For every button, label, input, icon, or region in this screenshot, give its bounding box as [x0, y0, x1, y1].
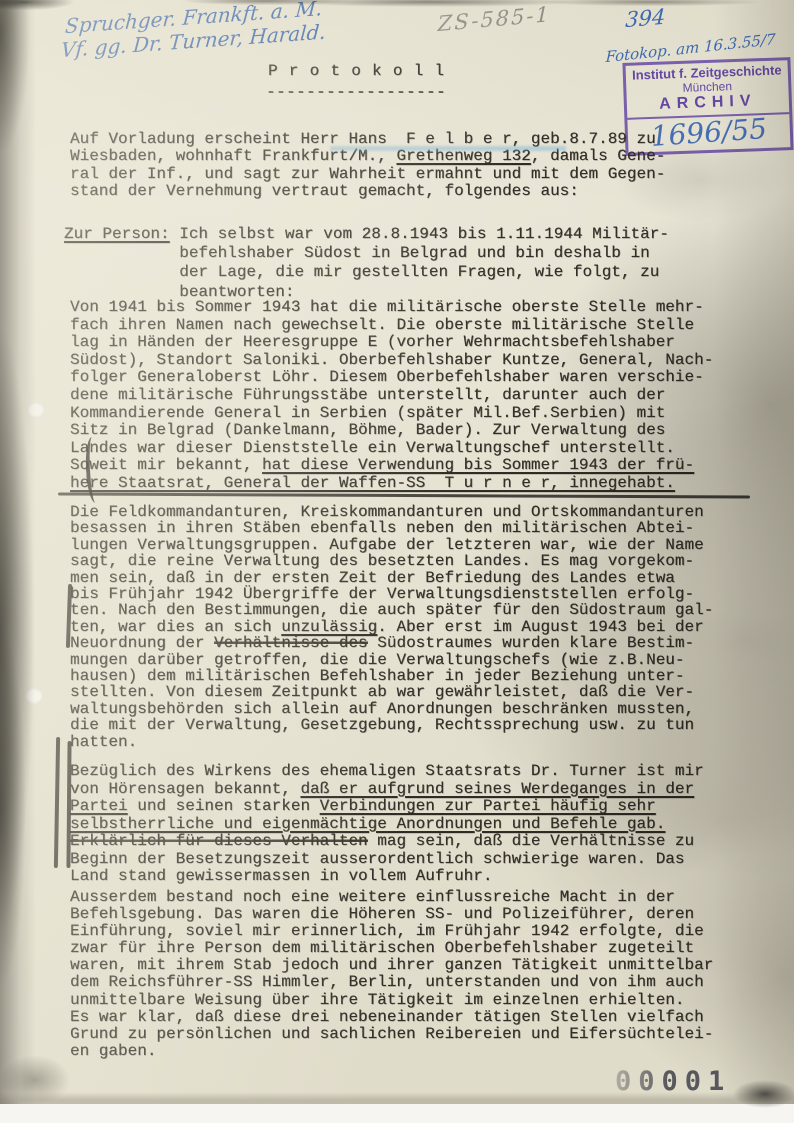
typed-line: Es war klar, daß diese drei nebeneinande… — [70, 1009, 713, 1026]
typed-text: und seinen starken — [128, 797, 320, 815]
typed-line: stellten. Von diesem Zeitpunkt ab war ge… — [70, 684, 713, 700]
typed-line: die mit der Verwaltung, Gesetzgebung, Re… — [70, 717, 713, 733]
typed-line: waltungsbehörden sich allein auf Anordnu… — [70, 701, 713, 717]
typed-line: Beginn der Besetzungszeit ausserordentli… — [70, 851, 704, 869]
typed-text: Südostraumes wurden klare Bestim- — [368, 634, 694, 652]
typed-text: Befehlsgebung. Das waren die Höheren SS-… — [70, 905, 694, 923]
typed-line: men sein, daß in der ersten Zeit der Bef… — [70, 570, 713, 586]
typed-text: ten. Nach den Bestimmungen, die auch spä… — [70, 601, 713, 619]
typed-text: stand der Vernehmung vertraut gemacht, f… — [70, 182, 579, 200]
blue-highlight-smear — [330, 146, 566, 151]
typed-line: Sitz in Belgrad (Dankelmann, Böhme, Bade… — [70, 422, 713, 440]
typed-text: ral der Inf., und sagt zur Wahrheit erma… — [70, 165, 665, 183]
typed-line: dem Reichsführer-SS Himmler, Berlin, unt… — [70, 974, 713, 991]
typed-line: en gaben. — [70, 1043, 713, 1060]
margin-double-line-mark-1 — [54, 737, 60, 868]
typed-text: Es war klar, daß diese drei nebeneinande… — [70, 1008, 704, 1026]
typed-text: besassen in ihren Stäben ebenfalls neben… — [70, 519, 694, 537]
typed-text: befehlshaber Südost in Belgrad und bin d… — [64, 244, 650, 262]
typed-text: die mit der Verwaltung, Gesetzgebung, Re… — [70, 716, 694, 734]
typed-line: Grund zu persönlichen und sachlichen Rei… — [70, 1026, 713, 1043]
typed-line: Partei und seinen starken Verbindungen z… — [70, 798, 704, 816]
typed-text: Kommandierende General in Serbien (späte… — [70, 404, 665, 422]
typed-line: waren, mit ihrem Stab jedoch und ihrer g… — [70, 957, 713, 974]
page-number-stamp: 00001 — [615, 1066, 731, 1097]
title-underline: ------------------ — [266, 83, 446, 101]
underlined-text: hat diese Verwendung bis Sommer 1943 der… — [262, 456, 694, 474]
typed-text: fach ihren Namen nach gewechselt. Die ob… — [70, 316, 694, 334]
typed-line: dene militärische Führungsstäbe unterste… — [70, 387, 713, 405]
typed-text: waltungsbehörden sich allein auf Anordnu… — [70, 700, 694, 718]
typed-line: bis Frühjahr 1942 Übergriffe der Verwalt… — [70, 586, 713, 602]
typed-line: Erklärlich für dieses Verhalten mag sein… — [70, 833, 704, 851]
typed-line: lungen Verwaltungsgruppen. Aufgabe der l… — [70, 537, 713, 553]
typed-line: unmittelbare Weisung über ihre Tätigkeit… — [70, 992, 713, 1009]
typed-paragraph: Zur Person: Ich selbst war vom 28.8.1943… — [64, 225, 669, 302]
typed-line: besassen in ihren Stäben ebenfalls neben… — [70, 520, 713, 536]
underlined-text: Verbindungen zur Partei häufig sehr — [320, 797, 656, 815]
typed-line: ral der Inf., und sagt zur Wahrheit erma… — [70, 166, 665, 183]
typed-text: Von 1941 bis Sommer 1943 hat die militär… — [70, 298, 704, 316]
pencil-file-reference: ZS-585-1 — [438, 2, 551, 36]
typed-line: Einführung, soviel mir erinnerlich, im F… — [70, 923, 713, 940]
typed-text: Bezüglich des Wirkens des ehemaligen Sta… — [70, 762, 704, 780]
typed-paragraph: Von 1941 bis Sommer 1943 hat die militär… — [70, 299, 713, 493]
typed-text: Südost), Standort Saloniki. Oberbefehlsh… — [70, 351, 713, 369]
punch-hole-top — [27, 402, 45, 418]
typed-text: Ich selbst war vom 28.8.1943 bis 1.11.19… — [170, 225, 669, 243]
typed-line: Wiesbaden, wohnhaft Frankfurt/M., Grethe… — [70, 148, 665, 165]
typed-text: Sitz in Belgrad (Dankelmann, Böhme, Bade… — [70, 421, 665, 439]
typed-line: selbstherrliche und eigenmächtige Anordn… — [70, 816, 704, 834]
typed-line: folger Generaloberst Löhr. Diesem Oberbe… — [70, 369, 713, 387]
typed-text: Beginn der Besetzungszeit ausserordentli… — [70, 850, 685, 868]
typed-line: Befehlsgebung. Das waren die Höheren SS-… — [70, 906, 713, 923]
typed-paragraph: Bezüglich des Wirkens des ehemaligen Sta… — [70, 763, 704, 886]
typed-text: bis Frühjahr 1942 Übergriffe der Verwalt… — [70, 585, 694, 603]
underlined-text: unzulässig — [281, 618, 377, 636]
typed-line: Ausserdem bestand noch eine weitere einf… — [70, 889, 713, 906]
punch-hole-bottom — [25, 688, 43, 704]
typed-text: zwar für ihre Person dem militärischen O… — [70, 939, 694, 957]
typed-text: unmittelbare Weisung über ihre Tätigkeit… — [70, 991, 685, 1009]
typed-line: Südost), Standort Saloniki. Oberbefehlsh… — [70, 352, 713, 370]
typed-text: Land stand gewissermassen in vollem Aufr… — [70, 867, 492, 885]
typed-text: sagt, die reine Verwaltung des besetzten… — [70, 552, 694, 570]
document-title: P r o t o k o l l — [268, 62, 445, 80]
typed-text: en gaben. — [70, 1042, 156, 1060]
typed-line: ten, war dies an sich unzulässig. Aber e… — [70, 619, 713, 635]
typed-line: Bezüglich des Wirkens des ehemaligen Sta… — [70, 763, 704, 781]
typed-line: Von 1941 bis Sommer 1943 hat die militär… — [70, 299, 713, 317]
underlined-text: here Staatsrat, General der Waffen-SS T … — [70, 474, 675, 492]
typed-text: ten, war dies an sich — [70, 618, 281, 636]
typed-text: Neuordnung der — [70, 634, 214, 652]
struck-text: Verhältnisse des — [214, 634, 368, 652]
typed-paragraph: Auf Vorladung erscheint Herr Hans F e l … — [70, 131, 665, 201]
typed-text: lungen Verwaltungsgruppen. Aufgabe der l… — [70, 536, 704, 554]
archive-stamp-text: Institut f. Zeitgeschichte München ARCHI… — [626, 60, 790, 120]
typed-text: hatten. — [70, 733, 137, 751]
underlined-text: daß er aufgrund seines Werdeganges in de… — [300, 780, 694, 798]
typed-line: hatten. — [70, 734, 713, 750]
typed-text: Ausserdem bestand noch eine weitere einf… — [70, 888, 675, 906]
typed-text: mag sein, daß die Verhältnisse zu — [368, 832, 694, 850]
typed-line: sagt, die reine Verwaltung des besetzten… — [70, 553, 713, 569]
long-underline-mark — [58, 492, 750, 498]
scanned-document-page: Spruchger. Frankft. a. M. Vf. gg. Dr. Tu… — [0, 0, 794, 1123]
typed-line: Kommandierende General in Serbien (späte… — [70, 405, 713, 423]
typed-line: Die Feldkommandanturen, Kreiskommandantu… — [70, 504, 713, 520]
typed-line: Zur Person: Ich selbst war vom 28.8.1943… — [64, 225, 669, 244]
underlined-text: Zur Person: — [64, 225, 170, 243]
typed-text: Landes war dieser Dienststelle ein Verwa… — [70, 439, 675, 457]
typed-line: here Staatsrat, General der Waffen-SS T … — [70, 475, 713, 493]
typed-paragraph: Die Feldkommandanturen, Kreiskommandantu… — [70, 504, 713, 750]
scanner-background-strip — [0, 1104, 794, 1123]
underlined-text: selbstherrliche und eigenmächtige Anordn… — [70, 815, 665, 833]
typed-line: hausen) dem militärischen Befehlshaber i… — [70, 668, 713, 684]
typed-line: befehlshaber Südost in Belgrad und bin d… — [64, 244, 669, 263]
typed-text: Grund zu persönlichen und sachlichen Rei… — [70, 1025, 713, 1043]
typed-text: folger Generaloberst Löhr. Diesem Oberbe… — [70, 368, 704, 386]
typed-line: lag in Händen der Heeresgruppe E (vorher… — [70, 334, 713, 352]
typed-text: . Aber erst im August 1943 bei der — [377, 618, 703, 636]
struck-text: Erklärlich für dieses Verhalten — [70, 832, 368, 850]
typed-line: ten. Nach den Bestimmungen, die auch spä… — [70, 602, 713, 618]
typed-line: Neuordnung der Verhältnisse des Südostra… — [70, 635, 713, 651]
typed-text: Die Feldkommandanturen, Kreiskommandantu… — [70, 503, 704, 521]
typed-text: dem Reichsführer-SS Himmler, Berlin, unt… — [70, 973, 704, 991]
typed-text: stellten. Von diesem Zeitpunkt ab war ge… — [70, 683, 694, 701]
typed-line: der Lage, die mir gestellten Fragen, wie… — [64, 263, 669, 282]
typed-text: Einführung, soviel mir erinnerlich, im F… — [70, 922, 704, 940]
typed-line: stand der Vernehmung vertraut gemacht, f… — [70, 183, 665, 200]
typed-paragraph: Ausserdem bestand noch eine weitere einf… — [70, 889, 713, 1060]
typed-line: Soweit mir bekannt, hat diese Verwendung… — [70, 457, 713, 475]
underlined-text: Partei — [70, 797, 128, 815]
typed-text: hausen) dem militärischen Befehlshaber i… — [70, 667, 685, 685]
typed-text: lag in Händen der Heeresgruppe E (vorher… — [70, 333, 675, 351]
typed-line: zwar für ihre Person dem militärischen O… — [70, 940, 713, 957]
typed-line: Landes war dieser Dienststelle ein Verwa… — [70, 440, 713, 458]
handwritten-sheet-number: 394 — [625, 5, 666, 33]
typed-line: fach ihren Namen nach gewechselt. Die ob… — [70, 317, 713, 335]
typed-text: waren, mit ihrem Stab jedoch und ihrer g… — [70, 956, 713, 974]
bottom-left-smudge — [0, 1055, 70, 1105]
typed-line: mungen darüber getroffen, die die Verwal… — [70, 652, 713, 668]
left-edge-shadow — [0, 0, 36, 1123]
typed-text: von Hörensagen bekannt, — [70, 780, 300, 798]
typed-text: der Lage, die mir gestellten Fragen, wie… — [64, 263, 659, 281]
typed-text: men sein, daß in der ersten Zeit der Bef… — [70, 569, 675, 587]
typed-text: mungen darüber getroffen, die die Verwal… — [70, 651, 685, 669]
typed-text: dene militärische Führungsstäbe unterste… — [70, 386, 665, 404]
typed-line: Land stand gewissermassen in vollem Aufr… — [70, 868, 704, 886]
typed-line: von Hörensagen bekannt, daß er aufgrund … — [70, 781, 704, 799]
